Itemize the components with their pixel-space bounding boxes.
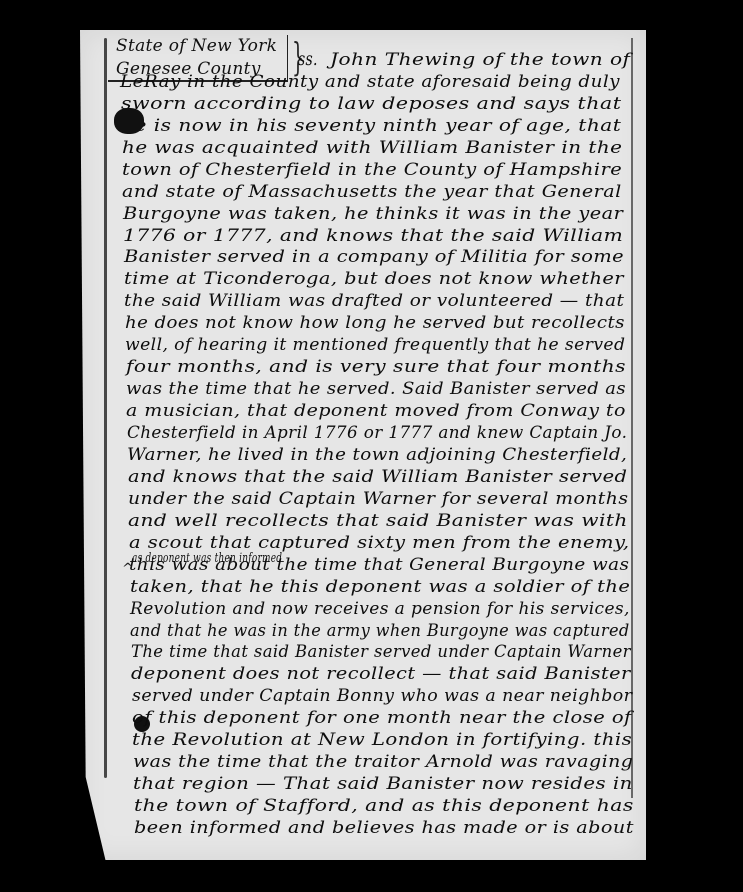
right-margin-rule xyxy=(631,38,633,798)
header-rule xyxy=(108,80,288,82)
header-county: Genesee County xyxy=(116,59,261,79)
document-page: State of New York Genesee County } xyxy=(80,30,646,860)
brace-glyph: } xyxy=(292,36,304,78)
header-state: State of New York xyxy=(116,36,277,56)
left-margin-rule xyxy=(104,38,107,778)
